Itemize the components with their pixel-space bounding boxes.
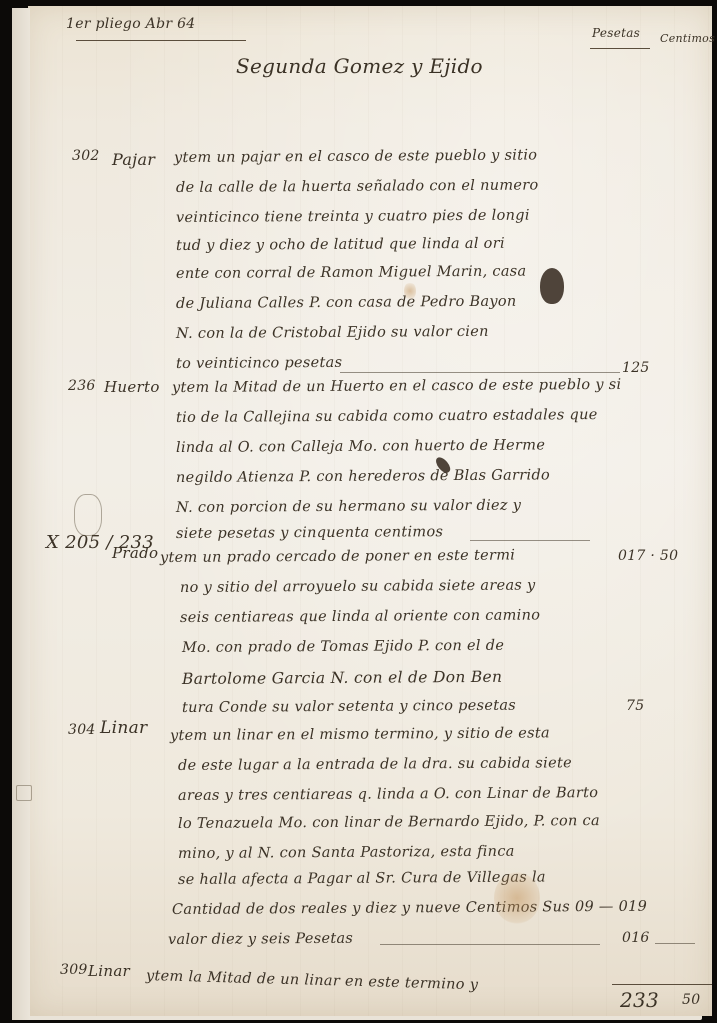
entry-line: lo Tenazuela Mo. con linar de Bernardo E… xyxy=(178,813,600,832)
ink-blot xyxy=(540,268,564,304)
entry-line: ytem un pajar en el casco de este pueblo… xyxy=(174,147,537,166)
column-heading-pesetas: Pesetas xyxy=(592,26,640,40)
entry-line: de este lugar a la entrada de la dra. su… xyxy=(178,755,572,774)
entry-line: ytem un linar en el mismo termino, y sit… xyxy=(170,725,550,744)
folio-underline xyxy=(76,40,246,41)
entry-line: areas y tres centiareas q. linda a O. co… xyxy=(178,785,598,804)
entry-type: Prado xyxy=(112,544,158,562)
entry-number: 236 xyxy=(68,378,96,394)
entry-line: siete pesetas y cinquenta centimos xyxy=(176,524,443,542)
total-centimos: 50 xyxy=(682,992,700,1008)
entry-line: Cantidad de dos reales y diez y nueve Ce… xyxy=(172,899,647,918)
entry-line: valor diez y seis Pesetas xyxy=(168,931,353,948)
entry-line: N. con la de Cristobal Ejido su valor ci… xyxy=(176,324,489,342)
entry-amount: 125 xyxy=(622,360,650,376)
entry-line: tud y diez y ocho de latitud que linda a… xyxy=(176,236,505,254)
fill-dash xyxy=(380,944,600,945)
binding-hole xyxy=(16,785,32,801)
entry-line: to veinticinco pesetas xyxy=(176,355,342,372)
entry-amount: 016 xyxy=(622,930,650,946)
total-pesetas: 233 xyxy=(620,988,659,1012)
total-rule xyxy=(612,984,712,985)
pesetas-underline xyxy=(590,48,650,49)
entry-amount: 017 · 50 xyxy=(618,548,678,564)
entry-line: tura Conde su valor setenta y cinco pese… xyxy=(182,698,516,716)
fill-dash xyxy=(655,943,695,944)
entry-number: 304 xyxy=(68,722,96,738)
column-heading-centimos: Centimos xyxy=(660,32,715,45)
entry-line: negildo Atienza P. con herederos de Blas… xyxy=(176,467,550,486)
binding-edge xyxy=(12,8,30,1020)
entry-line: ytem un prado cercado de poner en este t… xyxy=(160,548,515,566)
entry-line: linda al O. con Calleja Mo. con huerto d… xyxy=(176,437,545,456)
entry-line: de Juliana Calles P. con casa de Pedro B… xyxy=(176,294,517,312)
document-title: Segunda Gomez y Ejido xyxy=(236,54,483,78)
water-stain xyxy=(494,872,540,924)
entry-number: 309 xyxy=(60,962,88,978)
fill-dash xyxy=(340,372,620,373)
entry-line: veinticinco tiene treinta y cuatro pies … xyxy=(176,208,530,226)
entry-line: Mo. con prado de Tomas Ejido P. con el d… xyxy=(182,638,504,656)
entry-line: N. con porcion de su hermano su valor di… xyxy=(176,498,521,516)
entry-number: 302 xyxy=(72,148,100,164)
entry-amount: 75 xyxy=(626,698,644,714)
entry-line: de la calle de la huerta señalado con el… xyxy=(176,177,539,196)
fill-dash xyxy=(470,540,590,541)
entry-line: tio de la Callejina su cabida como cuatr… xyxy=(176,407,598,426)
entry-line: se halla afecta a Pagar al Sr. Cura de V… xyxy=(178,869,546,888)
entry-type: Pajar xyxy=(112,150,155,169)
entry-line: no y sitio del arroyuelo su cabida siete… xyxy=(180,578,536,596)
paper-tear xyxy=(74,494,102,536)
entry-line: seis centiareas que linda al oriente con… xyxy=(180,607,540,626)
entry-line: ytem la Mitad de un Huerto en el casco d… xyxy=(172,377,621,396)
entry-line: Bartolome Garcia N. con el de Don Ben xyxy=(182,668,502,688)
folio-note: 1er pliego Abr 64 xyxy=(66,16,196,32)
entry-type: Huerto xyxy=(104,378,160,396)
small-stain xyxy=(404,282,416,300)
entry-line: ente con corral de Ramon Miguel Marin, c… xyxy=(176,264,527,282)
entry-type: Linar xyxy=(88,962,130,980)
entry-type: Linar xyxy=(100,718,147,738)
entry-line: mino, y al N. con Santa Pastoriza, esta … xyxy=(178,844,515,862)
